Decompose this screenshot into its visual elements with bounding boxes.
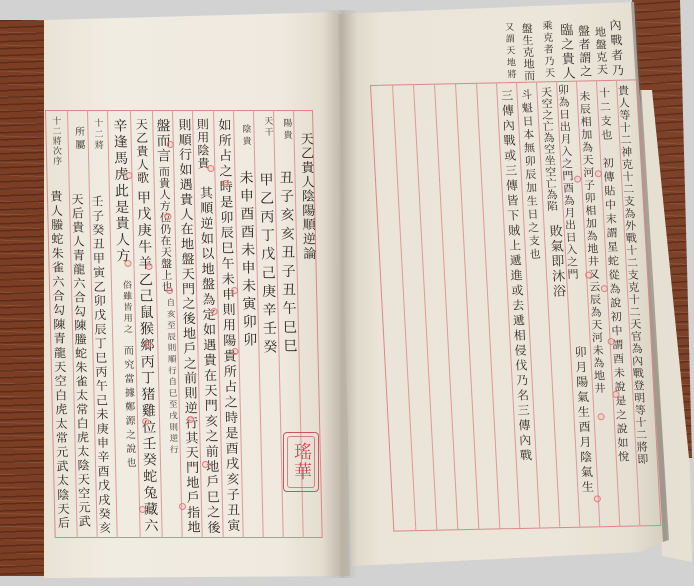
punctuation-mark xyxy=(612,391,619,398)
header-note: 內戰者乃 xyxy=(609,19,624,79)
punctuation-mark xyxy=(574,176,581,183)
punctuation-mark xyxy=(601,285,608,292)
punctuation-mark xyxy=(597,413,604,420)
header-note: 地盤克天 xyxy=(594,26,608,76)
punctuation-mark xyxy=(594,495,601,502)
right-page-content: 內戰者乃 地盤克天 盤者謂之 臨之貴人 乘克者乃天 盤生克地而 又謂天地將 貴人… xyxy=(0,0,694,586)
header-note: 盤生克地而 xyxy=(521,23,535,82)
punctuation-mark xyxy=(585,271,592,278)
header-note: 乘克者乃天 xyxy=(540,20,553,79)
header-note: 又謂天地將 xyxy=(503,22,515,81)
text-column-note: 敗氣即沐浴 xyxy=(547,224,564,299)
punctuation-mark xyxy=(607,338,614,345)
punctuation-mark xyxy=(595,170,602,177)
header-note: 臨之貴人 xyxy=(558,23,574,81)
header-note: 盤者謂之 xyxy=(577,24,592,78)
